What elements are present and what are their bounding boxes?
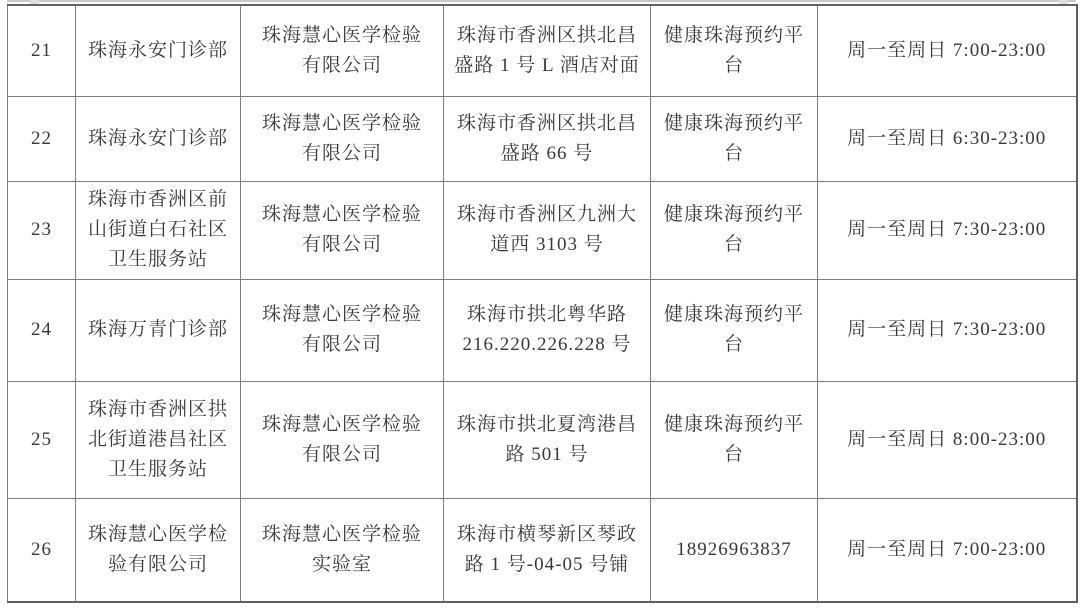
cell-company: 珠海慧心医学检验 有限公司 [241, 5, 444, 96]
cell-booking-platform: 健康珠海预约平 台 [651, 279, 818, 381]
cell-company: 珠海慧心医学检验 有限公司 [241, 181, 444, 279]
cell-clinic-name: 珠海永安门诊部 [76, 5, 241, 96]
cell-hours: 周一至周日 6:30-23:00 [818, 96, 1077, 181]
cell-clinic-name: 珠海万青门诊部 [76, 279, 241, 381]
cell-address: 珠海市香洲区拱北昌 盛路 66 号 [444, 96, 651, 181]
cell-hours: 周一至周日 7:00-23:00 [818, 498, 1077, 602]
cell-index: 22 [8, 96, 76, 181]
cell-address: 珠海市拱北夏湾港昌 路 501 号 [444, 381, 651, 498]
cell-hours: 周一至周日 8:00-23:00 [818, 381, 1077, 498]
cell-company: 珠海慧心医学检验 有限公司 [241, 279, 444, 381]
table-row: 22 珠海永安门诊部 珠海慧心医学检验 有限公司 珠海市香洲区拱北昌 盛路 66… [8, 96, 1077, 181]
testing-sites-table: 21 珠海永安门诊部 珠海慧心医学检验 有限公司 珠海市香洲区拱北昌 盛路 1 … [7, 4, 1078, 603]
cell-address: 珠海市横琴新区琴政 路 1 号-04-05 号铺 [444, 498, 651, 602]
cell-clinic-name: 珠海市香洲区拱 北街道港昌社区 卫生服务站 [76, 381, 241, 498]
table-row: 24 珠海万青门诊部 珠海慧心医学检验 有限公司 珠海市拱北粤华路 216.22… [8, 279, 1077, 381]
screenshot-root: 21 珠海永安门诊部 珠海慧心医学检验 有限公司 珠海市香洲区拱北昌 盛路 1 … [0, 0, 1080, 608]
table-row: 25 珠海市香洲区拱 北街道港昌社区 卫生服务站 珠海慧心医学检验 有限公司 珠… [8, 381, 1077, 498]
cell-company: 珠海慧心医学检验 有限公司 [241, 381, 444, 498]
cell-address: 珠海市香洲区拱北昌 盛路 1 号 L 酒店对面 [444, 5, 651, 96]
cell-clinic-name: 珠海慧心医学检 验有限公司 [76, 498, 241, 602]
cell-clinic-name: 珠海市香洲区前 山街道白石社区 卫生服务站 [76, 181, 241, 279]
cell-index: 25 [8, 381, 76, 498]
cell-company: 珠海慧心医学检验 有限公司 [241, 96, 444, 181]
cell-index: 21 [8, 5, 76, 96]
cell-address: 珠海市香洲区九洲大 道西 3103 号 [444, 181, 651, 279]
cell-index: 26 [8, 498, 76, 602]
cell-booking-platform: 健康珠海预约平 台 [651, 181, 818, 279]
cell-hours: 周一至周日 7:30-23:00 [818, 181, 1077, 279]
cell-phone: 18926963837 [651, 498, 818, 602]
table-row: 26 珠海慧心医学检 验有限公司 珠海慧心医学检验 实验室 珠海市横琴新区琴政 … [8, 498, 1077, 602]
cell-address: 珠海市拱北粤华路 216.220.226.228 号 [444, 279, 651, 381]
cell-index: 24 [8, 279, 76, 381]
cell-hours: 周一至周日 7:30-23:00 [818, 279, 1077, 381]
cropped-table-top-line [7, 0, 1076, 2]
cell-clinic-name: 珠海永安门诊部 [76, 96, 241, 181]
cell-hours: 周一至周日 7:00-23:00 [818, 5, 1077, 96]
cell-index: 23 [8, 181, 76, 279]
table-row: 21 珠海永安门诊部 珠海慧心医学检验 有限公司 珠海市香洲区拱北昌 盛路 1 … [8, 5, 1077, 96]
cell-company: 珠海慧心医学检验 实验室 [241, 498, 444, 602]
cell-booking-platform: 健康珠海预约平 台 [651, 96, 818, 181]
table-row: 23 珠海市香洲区前 山街道白石社区 卫生服务站 珠海慧心医学检验 有限公司 珠… [8, 181, 1077, 279]
cell-booking-platform: 健康珠海预约平 台 [651, 5, 818, 96]
cell-booking-platform: 健康珠海预约平 台 [651, 381, 818, 498]
